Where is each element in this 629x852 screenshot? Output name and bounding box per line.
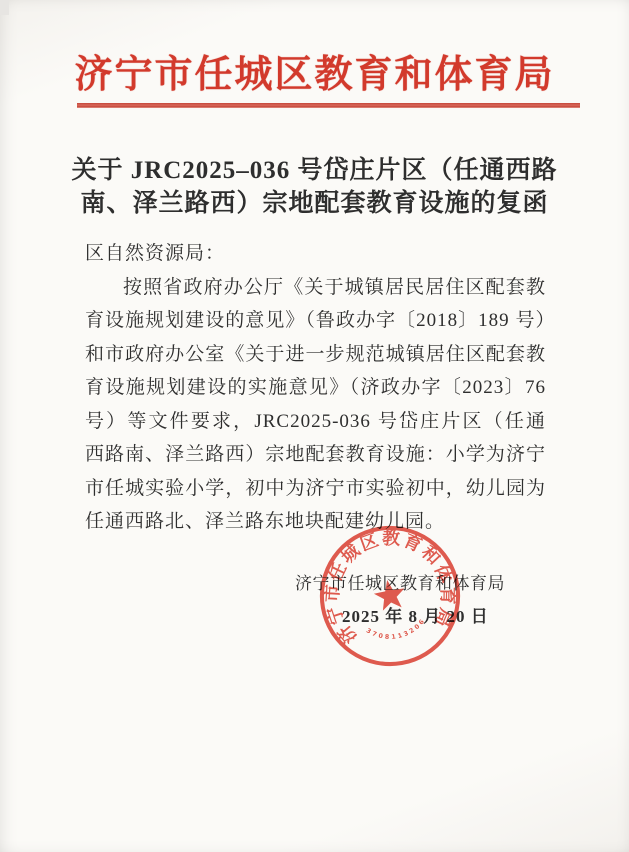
document-body: 区自然资源局： 按照省政府办公厅《关于城镇居民居住区配套教育设施规划建设的意见》… (85, 237, 546, 539)
salutation: 区自然资源局： (85, 237, 546, 271)
document-title: 关于 JRC2025–036 号岱庄片区（任通西路 南、泽兰路西）宗地配套教育设… (40, 154, 589, 220)
seal-ring (311, 517, 469, 675)
scan-edge-artifact (0, 0, 9, 15)
signature-agency: 济宁市任城区教育和体育局 (295, 574, 505, 593)
agency-letterhead: 济宁市任城区教育和体育局 (0, 56, 629, 94)
signature-date: 2025 年 8 月 20 日 (342, 607, 489, 626)
scanned-document-page: 济宁市任城区教育和体育局 关于 JRC2025–036 号岱庄片区（任通西路 南… (0, 0, 629, 852)
document-title-line2: 南、泽兰路西）宗地配套教育设施的复函 (40, 187, 589, 220)
letterhead-divider-rule (77, 103, 580, 108)
document-title-line1: 关于 JRC2025–036 号岱庄片区（任通西路 (40, 154, 589, 187)
body-paragraph: 按照省政府办公厅《关于城镇居民居住区配套教育设施规划建设的意见》（鲁政办字〔20… (85, 271, 546, 539)
